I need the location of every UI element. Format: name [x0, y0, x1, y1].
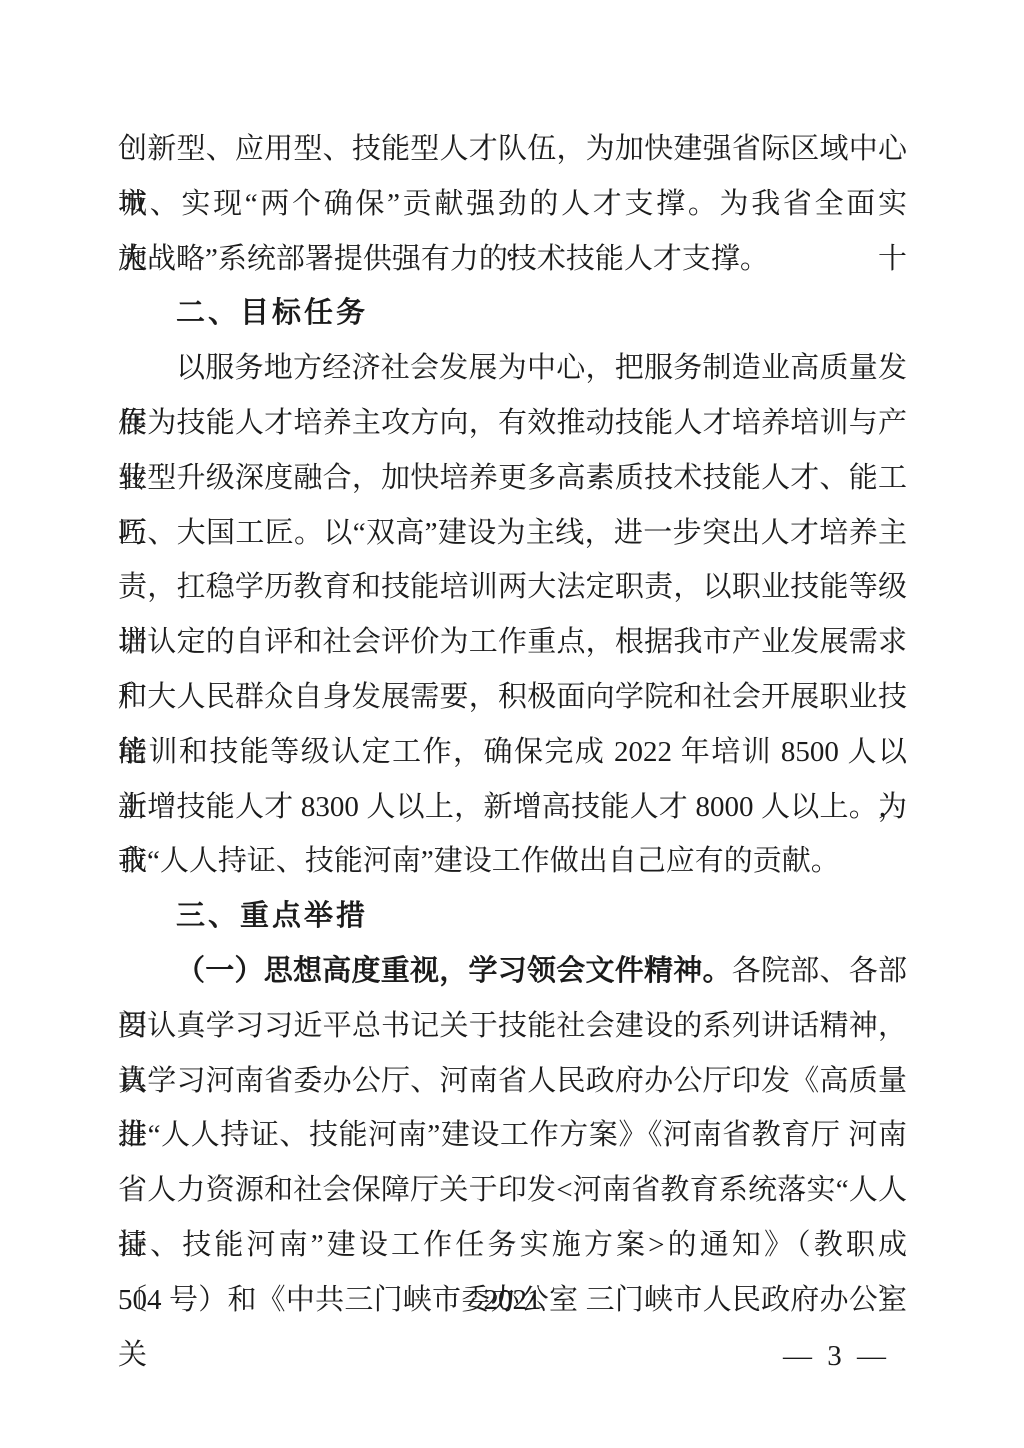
text-run: 大战略”系统部署提供强有力的技术技能人才支撑。: [118, 243, 769, 275]
text-line: 广大人民群众自身发展需要，积极面向学院和社会开展职业技能: [118, 670, 907, 725]
text-line: 匠、大国工匠。以“双高”建设为主线，进一步突出人才培养主: [118, 506, 907, 561]
text-line: 作为技能人才培养主攻方向，有效推动技能人才培养培训与产业: [118, 396, 907, 451]
text-line: 转型升级深度融合，加快培养更多高素质技术技能人才、能工巧: [118, 451, 907, 506]
text-line: 进“人人持证、技能河南”建设工作方案》《河南省教育厅 河南: [118, 1108, 907, 1163]
text-line: 真学习河南省委办公厅、河南省人民政府办公厅印发《高质量推: [118, 1054, 907, 1109]
section-heading: 二、目标任务: [118, 286, 907, 341]
text-line: 新增技能人才 8300 人以上，新增高技能人才 8000 人以上。为我: [118, 780, 907, 835]
section-heading: 三、重点举措: [118, 889, 907, 944]
text-line: 创新型、应用型、技能型人才队伍，为加快建强省际区域中心城: [118, 122, 907, 177]
document-page: 创新型、应用型、技能型人才队伍，为加快建强省际区域中心城市、实现“两个确保”贡献…: [0, 0, 1024, 1448]
bold-text-run: （一）思想高度重视，学习领会文件精神。: [176, 955, 732, 987]
text-run: 市“人人持证、技能河南”建设工作做出自己应有的贡献。: [118, 845, 840, 877]
text-line: 责，扛稳学历教育和技能培训两大法定职责，以职业技能等级培: [118, 560, 907, 615]
text-line: 要认真学习习近平总书记关于技能社会建设的系列讲话精神，认: [118, 999, 907, 1054]
text-line: 以服务地方经济社会发展为中心，把服务制造业高质量发展: [118, 341, 907, 396]
text-line: （一）思想高度重视，学习领会文件精神。各院部、各部门: [118, 944, 907, 999]
document-body: 创新型、应用型、技能型人才队伍，为加快建强省际区域中心城市、实现“两个确保”贡献…: [118, 122, 907, 1328]
page-number: — 3 —: [783, 1336, 890, 1376]
text-line: 市、实现“两个确保”贡献强劲的人才支撑。为我省全面实施“十: [118, 177, 907, 232]
bold-text-run: 二、目标任务: [176, 297, 368, 329]
text-run: 匠、大国工匠。以“双高”建设为主线，进一步突出人才培养主: [118, 517, 907, 549]
bold-text-run: 三、重点举措: [176, 900, 368, 932]
text-line: 训认定的自评和社会评价为工作重点，根据我市产业发展需求和: [118, 615, 907, 670]
text-line: 证、技能河南”建设工作任务实施方案>的通知》（教职成〔2021〕: [118, 1218, 907, 1273]
text-line: 省人力资源和社会保障厅关于印发<河南省教育系统落实“人人持: [118, 1163, 907, 1218]
text-line: 504 号）和《中共三门峡市委办公室 三门峡市人民政府办公室关: [118, 1273, 907, 1328]
text-run: 进“人人持证、技能河南”建设工作方案》《河南省教育厅 河南: [118, 1119, 907, 1151]
text-line: 培训和技能等级认定工作，确保完成 2022 年培训 8500 人以上，: [118, 725, 907, 780]
text-line: 市“人人持证、技能河南”建设工作做出自己应有的贡献。: [118, 834, 907, 889]
